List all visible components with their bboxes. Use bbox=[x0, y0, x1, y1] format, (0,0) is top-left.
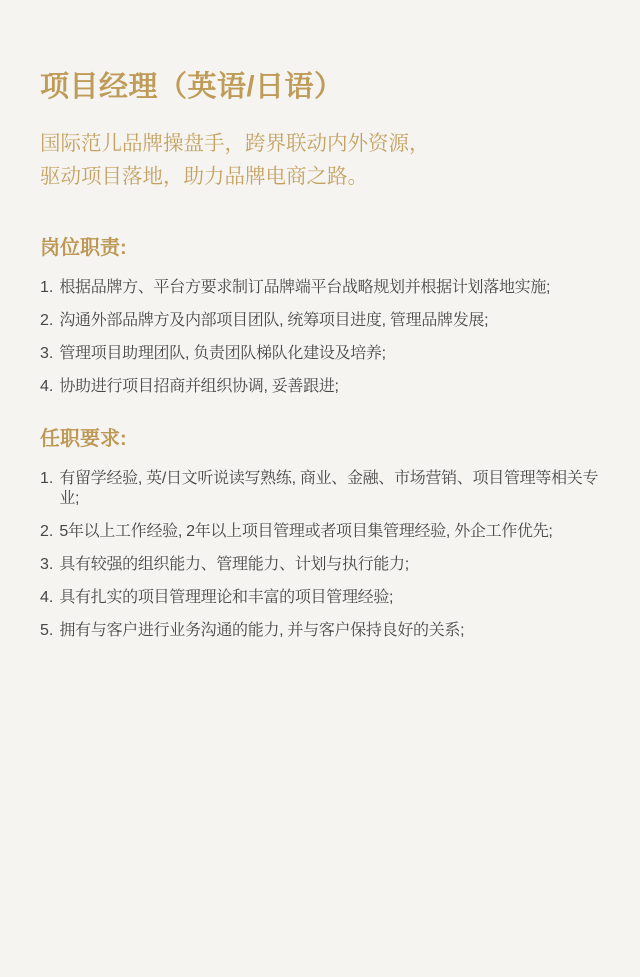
item-text: 协助进行项目招商并组织协调, 妥善跟进; bbox=[59, 377, 612, 397]
item-text: 拥有与客户进行业务沟通的能力, 并与客户保持良好的关系; bbox=[59, 621, 612, 641]
item-number: 3. bbox=[40, 344, 53, 364]
item-text: 5年以上工作经验, 2年以上项目管理或者项目集管理经验, 外企工作优先; bbox=[59, 522, 612, 542]
item-text: 沟通外部品牌方及内部项目团队, 统筹项目进度, 管理品牌发展; bbox=[59, 311, 612, 331]
responsibilities-list: 1. 根据品牌方、平台方要求制订品牌端平台战略规划并根据计划落地实施; 2. 沟… bbox=[40, 278, 612, 397]
job-tagline: 国际范儿品牌操盘手，跨界联动内外资源， 驱动项目落地，助力品牌电商之路。 bbox=[40, 127, 612, 193]
item-text: 具有较强的组织能力、管理能力、计划与执行能力; bbox=[59, 555, 612, 575]
list-item: 1. 有留学经验, 英/日文听说读写熟练, 商业、金融、市场营销、项目管理等相关… bbox=[40, 469, 612, 509]
list-item: 2. 5年以上工作经验, 2年以上项目管理或者项目集管理经验, 外企工作优先; bbox=[40, 522, 612, 542]
item-number: 2. bbox=[40, 522, 53, 542]
list-item: 3. 管理项目助理团队, 负责团队梯队化建设及培养; bbox=[40, 344, 612, 364]
item-number: 3. bbox=[40, 555, 53, 575]
list-item: 3. 具有较强的组织能力、管理能力、计划与执行能力; bbox=[40, 555, 612, 575]
item-text: 管理项目助理团队, 负责团队梯队化建设及培养; bbox=[59, 344, 612, 364]
responsibilities-heading: 岗位职责: bbox=[40, 236, 612, 260]
requirements-heading: 任职要求: bbox=[40, 427, 612, 451]
section-responsibilities: 岗位职责: 1. 根据品牌方、平台方要求制订品牌端平台战略规划并根据计划落地实施… bbox=[40, 236, 612, 397]
list-item: 5. 拥有与客户进行业务沟通的能力, 并与客户保持良好的关系; bbox=[40, 621, 612, 641]
tagline-line-2: 驱动项目落地，助力品牌电商之路。 bbox=[40, 165, 368, 188]
item-number: 1. bbox=[40, 278, 53, 298]
section-requirements: 任职要求: 1. 有留学经验, 英/日文听说读写熟练, 商业、金融、市场营销、项… bbox=[40, 427, 612, 641]
item-number: 2. bbox=[40, 311, 53, 331]
list-item: 1. 根据品牌方、平台方要求制订品牌端平台战略规划并根据计划落地实施; bbox=[40, 278, 612, 298]
item-text: 有留学经验, 英/日文听说读写熟练, 商业、金融、市场营销、项目管理等相关专业; bbox=[59, 469, 612, 509]
item-number: 4. bbox=[40, 588, 53, 608]
list-item: 2. 沟通外部品牌方及内部项目团队, 统筹项目进度, 管理品牌发展; bbox=[40, 311, 612, 331]
page-title: 项目经理（英语/日语） bbox=[40, 72, 612, 103]
item-number: 4. bbox=[40, 377, 53, 397]
item-number: 5. bbox=[40, 621, 53, 641]
requirements-list: 1. 有留学经验, 英/日文听说读写熟练, 商业、金融、市场营销、项目管理等相关… bbox=[40, 469, 612, 641]
list-item: 4. 具有扎实的项目管理理论和丰富的项目管理经验; bbox=[40, 588, 612, 608]
item-number: 1. bbox=[40, 469, 53, 489]
item-text: 根据品牌方、平台方要求制订品牌端平台战略规划并根据计划落地实施; bbox=[59, 278, 612, 298]
list-item: 4. 协助进行项目招商并组织协调, 妥善跟进; bbox=[40, 377, 612, 397]
item-text: 具有扎实的项目管理理论和丰富的项目管理经验; bbox=[59, 588, 612, 608]
tagline-line-1: 国际范儿品牌操盘手，跨界联动内外资源， bbox=[40, 132, 430, 155]
job-posting-page: 项目经理（英语/日语） 国际范儿品牌操盘手，跨界联动内外资源， 驱动项目落地，助… bbox=[0, 0, 640, 977]
